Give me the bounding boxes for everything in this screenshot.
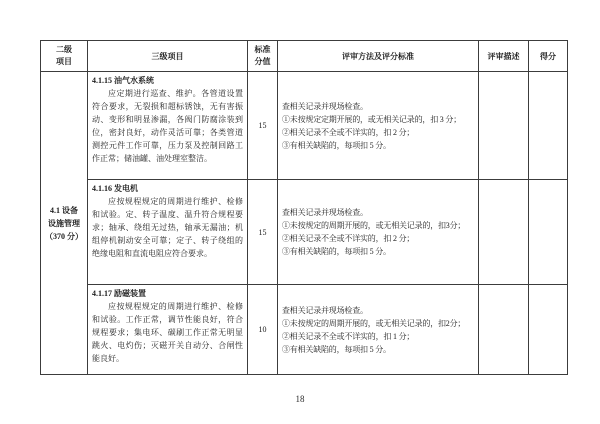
method-item-2: ②相关记录不全或不详实的，扣 1 分；	[282, 330, 474, 343]
col-header-standard-score-label: 标准分值	[254, 44, 271, 68]
item-title: 4.1.16 发电机	[92, 182, 243, 195]
method-item-1: ①未按规定的周期开展的，或无相关记录的，扣2分；	[282, 317, 474, 330]
score-given-cell	[529, 180, 568, 285]
table-row: 4.1.17 励磁装置 应按规程规定的周期进行维护、检修和试验。工作正常，调节性…	[41, 285, 568, 375]
level2-project-line1: 4.1 设备	[45, 204, 83, 217]
method-item-3: ③有相关缺陷的，每项扣 5 分。	[282, 343, 474, 356]
score-given-cell	[529, 72, 568, 180]
level3-item-cell: 4.1.15 油气水系统 应定期进行巡查、维护。各管道设置符合要求，无裂损和超标…	[88, 72, 248, 180]
col-header-review-method: 评审方法及评分标准	[278, 41, 479, 72]
review-method-cell: 查相关记录并现场检查。 ①未按规定定期开展的，或无相关记录的，扣 3 分； ②相…	[278, 72, 479, 180]
method-item-1: ①未按规定的周期开展的，或无相关记录的，扣3分；	[282, 219, 474, 232]
item-body: 应定期进行巡查、维护。各管道设置符合要求，无裂损和超标锈蚀，无有害振动、变形和明…	[92, 87, 243, 165]
review-description-cell	[479, 72, 529, 180]
level2-project-cell: 4.1 设备 设施管理 （370 分）	[41, 72, 88, 375]
page-number: 18	[0, 394, 600, 404]
level2-project-line2: 设施管理	[45, 217, 83, 230]
item-title: 4.1.15 油气水系统	[92, 74, 243, 87]
method-item-3: ③有相关缺陷的，每项扣 5 分。	[282, 139, 474, 152]
method-intro: 查相关记录并现场检查。	[282, 206, 474, 219]
table-row: 4.1 设备 设施管理 （370 分） 4.1.15 油气水系统 应定期进行巡查…	[41, 72, 568, 180]
review-method-cell: 查相关记录并现场检查。 ①未按规定的周期开展的，或无相关记录的，扣3分； ②相关…	[278, 180, 479, 285]
method-intro: 查相关记录并现场检查。	[282, 100, 474, 113]
standard-score-cell: 15	[248, 180, 278, 285]
level2-project-line3: （370 分）	[45, 230, 83, 243]
review-description-cell	[479, 180, 529, 285]
item-title: 4.1.17 励磁装置	[92, 287, 243, 300]
level3-item-cell: 4.1.16 发电机 应按规程规定的周期进行维护、检修和试验。定、转子温度、温升…	[88, 180, 248, 285]
header-row: 二级项目 三级项目 标准分值 评审方法及评分标准 评审描述 得分	[41, 41, 568, 72]
review-criteria-table: 二级项目 三级项目 标准分值 评审方法及评分标准 评审描述 得分 4.1 设备 …	[40, 40, 568, 375]
method-item-3: ③有相关缺陷的，每项扣 5 分。	[282, 245, 474, 258]
method-item-2: ②相关记录不全或不详实的，扣 2 分；	[282, 232, 474, 245]
standard-score-cell: 10	[248, 285, 278, 375]
col-header-level3-project: 三级项目	[88, 41, 248, 72]
review-method-cell: 查相关记录并现场检查。 ①未按规定的周期开展的，或无相关记录的，扣2分； ②相关…	[278, 285, 479, 375]
table-row: 4.1.16 发电机 应按规程规定的周期进行维护、检修和试验。定、转子温度、温升…	[41, 180, 568, 285]
method-intro: 查相关记录并现场检查。	[282, 304, 474, 317]
method-item-2: ②相关记录不全或不详实的，扣 2 分；	[282, 126, 474, 139]
col-header-review-description: 评审描述	[479, 41, 529, 72]
method-item-1: ①未按规定定期开展的，或无相关记录的，扣 3 分；	[282, 113, 474, 126]
standard-score-cell: 15	[248, 72, 278, 180]
review-description-cell	[479, 285, 529, 375]
col-header-level2-label: 二级项目	[56, 44, 73, 68]
level3-item-cell: 4.1.17 励磁装置 应按规程规定的周期进行维护、检修和试验。工作正常，调节性…	[88, 285, 248, 375]
score-given-cell	[529, 285, 568, 375]
col-header-standard-score: 标准分值	[248, 41, 278, 72]
col-header-level2-project: 二级项目	[41, 41, 88, 72]
item-body: 应按规程规定的周期进行维护、检修和试验。工作正常，调节性能良好，符合规程要求；集…	[92, 300, 243, 365]
col-header-score: 得分	[529, 41, 568, 72]
item-body: 应按规程规定的周期进行维护、检修和试验。定、转子温度、温升符合规程要求；轴承、绕…	[92, 195, 243, 260]
